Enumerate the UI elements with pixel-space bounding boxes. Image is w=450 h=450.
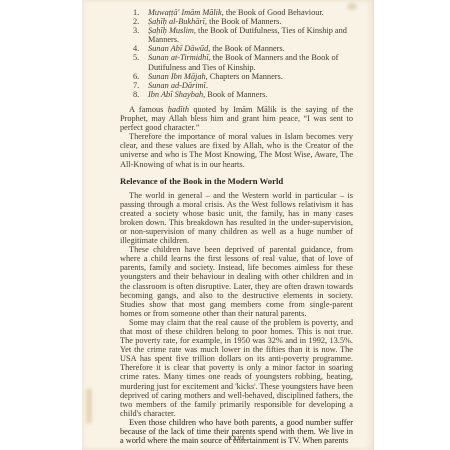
list-item-text: Sunan ad-Dārimī.	[148, 81, 353, 90]
list-item: 3. Ṣaḥīḥ Muslim, the Book of Dutifulness…	[133, 26, 353, 44]
list-item-number: 5.	[133, 53, 148, 71]
list-item-text: Ṣaḥīḥ Muslim, the Book of Dutifulness, T…	[148, 26, 353, 44]
list-item: 1. Muwaṭṭā' Imām Mālik, the Book of Good…	[133, 8, 353, 17]
list-item-number: 6.	[133, 72, 148, 81]
book-title: Ṣaḥīḥ al-Bukhārī	[148, 17, 205, 26]
book-title: Muwaṭṭā' Imām Mālik	[148, 8, 222, 17]
book-title: Sunan ad-Dārimī	[148, 81, 206, 90]
list-item-number: 1.	[133, 8, 148, 17]
list-item-text: Ṣaḥīḥ al-Bukhārī, the Book of Manners.	[148, 17, 353, 26]
hadith-book-list: 1. Muwaṭṭā' Imām Mālik, the Book of Good…	[133, 8, 353, 99]
book-description: , Book of Manners.	[203, 90, 267, 99]
list-item-text: Muwaṭṭā' Imām Mālik, the Book of Good Be…	[148, 8, 353, 17]
hadith-term: ḥadīth	[168, 105, 189, 114]
paragraph-poverty-claim: Some may claim that the real cause of th…	[120, 318, 353, 418]
book-description: , Chapters on Manners.	[206, 72, 283, 81]
list-item: 2. Ṣaḥīḥ al-Bukhārī, the Book of Manners…	[133, 17, 353, 26]
list-item: 4. Sunan Abī Dāwūd, the Book of Manners.	[133, 44, 353, 53]
book-description: , the Book of Manners.	[208, 44, 285, 53]
list-item-text: Sunan at-Tirmidhī, the Book of Manners a…	[148, 53, 353, 71]
list-item-number: 7.	[133, 81, 148, 90]
book-title: Sunan Ibn Mājah	[148, 72, 206, 81]
list-item: 7. Sunan ad-Dārimī.	[133, 81, 353, 90]
book-title: Sunan Abī Dāwūd	[148, 44, 208, 53]
book-description: , the Book of Manners.	[205, 17, 282, 26]
paragraph-moral-values: Therefore the importance of moral values…	[120, 132, 353, 168]
list-item-number: 8.	[133, 90, 148, 99]
paragraph-hadith-quote: A famous ḥadīth quoted by Imām Mālik is …	[120, 105, 353, 132]
list-item: 5. Sunan at-Tirmidhī, the Book of Manner…	[133, 53, 353, 71]
page-number: xxvi	[120, 433, 353, 442]
list-item: 6. Sunan Ibn Mājah, Chapters on Manners.	[133, 72, 353, 81]
page-content: 1. Muwaṭṭā' Imām Mālik, the Book of Good…	[120, 8, 353, 445]
paragraph-parental-guidance: These children have been deprived of par…	[120, 245, 353, 318]
book-title: Ibn Abī Shaybah	[148, 90, 203, 99]
scan-artifact-streak	[86, 388, 92, 424]
list-item-text: Sunan Abī Dāwūd, the Book of Manners.	[148, 44, 353, 53]
book-title: Ṣaḥīḥ Muslim	[148, 26, 194, 35]
scanned-book-page: 1. Muwaṭṭā' Imām Mālik, the Book of Good…	[0, 0, 450, 450]
list-item-number: 4.	[133, 44, 148, 53]
book-description: , the Book of Good Behaviour.	[222, 8, 324, 17]
list-item-number: 3.	[133, 26, 148, 44]
list-item-text: Sunan Ibn Mājah, Chapters on Manners.	[148, 72, 353, 81]
book-description: .	[206, 81, 208, 90]
section-heading: Relevance of the Book in the Modern Worl…	[120, 176, 353, 186]
paper-sheet: 1. Muwaṭṭā' Imām Mālik, the Book of Good…	[82, 0, 374, 450]
paragraph-moral-crisis: The world in general – and the Western w…	[120, 191, 353, 246]
book-title: Sunan at-Tirmidhī	[148, 53, 209, 62]
list-item-number: 2.	[133, 17, 148, 26]
list-item: 8. Ibn Abī Shaybah, Book of Manners.	[133, 90, 353, 99]
list-item-text: Ibn Abī Shaybah, Book of Manners.	[148, 90, 353, 99]
